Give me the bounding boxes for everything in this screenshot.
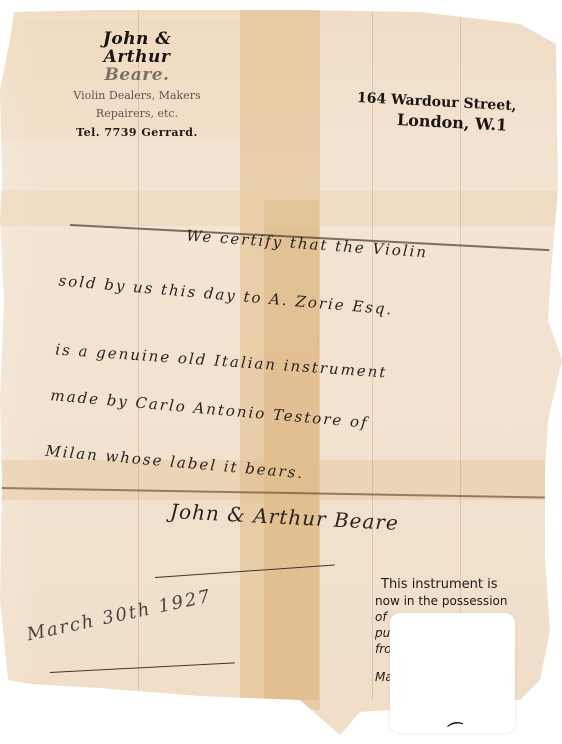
letterhead-address: 164 Wardour Street, London, W.1 [357,90,517,129]
annotation-line: now in the possession [375,593,507,609]
annotation-line: This instrument is [381,577,507,593]
letterhead-firm: John & Arthur Beare. Violin Dealers, Mak… [62,30,212,139]
redaction-box [390,613,515,733]
address-street: 164 Wardour Street, [357,90,517,114]
tape-strip [0,190,562,226]
trade-description: Repairers, etc. [62,107,212,120]
firm-name-line: John & [62,30,212,48]
firm-name-line: Beare. [62,66,212,84]
telephone-number: Tel. 7739 Gerrard. [62,126,212,139]
firm-name-line: Arthur [62,48,212,66]
tape-strip [264,200,319,700]
trade-description: Violin Dealers, Makers [62,89,212,102]
